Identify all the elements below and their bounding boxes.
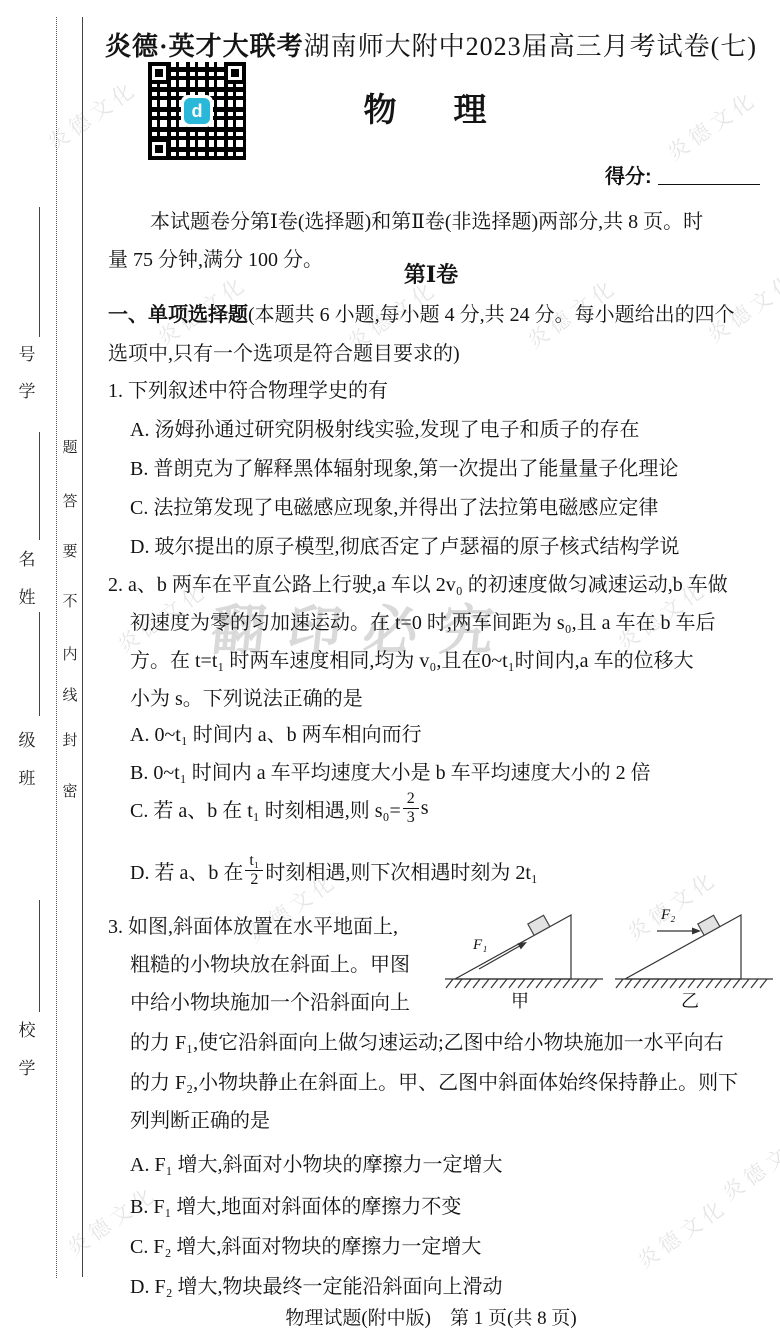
fraction-numerator: 2 <box>403 790 419 809</box>
school-blank <box>39 900 40 1012</box>
question-1-stem: 1. 下列叙述中符合物理学史的有 <box>108 374 388 403</box>
question-2-stem-line: 小为 s。下列说法正确的是 <box>130 682 363 711</box>
option-c-prefix: C. 若 a、b 在 t₁ 时刻相遇,则 s₀= <box>130 794 401 823</box>
question-3-stem-line: 的力 F₂,小物块静止在斜面上。甲、乙图中斜面体始终保持静止。则下 <box>130 1066 738 1095</box>
option-c-suffix: s <box>421 797 429 820</box>
question-2-option-b: B. 0~t₁ 时间内 a 车平均速度大小是 b 车平均速度大小的 2 倍 <box>130 756 651 785</box>
incline-figure-yi: F₂ 乙 <box>613 893 778 1015</box>
exam-title: 炎德·英才大联考湖南师大附中2023届高三月考试卷(七) <box>100 26 762 63</box>
question-3-option-d: D. F₂ 增大,物块最终一定能沿斜面向上滑动 <box>130 1270 503 1299</box>
fraction: 2 3 <box>403 790 419 826</box>
part-heading-label: 一、单项选择题 <box>108 304 248 326</box>
watermark: 炎德文化 <box>716 1123 780 1207</box>
fraction-numerator: t₁ <box>245 852 263 871</box>
student-id-blank <box>39 207 40 337</box>
exam-page: 炎德文化 炎德文化 炎德文化 炎德文化 炎德文化 炎德文化 炎德文化 炎德文化 … <box>0 0 780 1344</box>
question-1-option-b: B. 普朗克为了解释黑体辐射现象,第一次提出了能量量子化理论 <box>130 452 678 481</box>
seal-solid-line <box>82 17 83 1277</box>
class-blank <box>39 612 40 716</box>
question-3-stem-line: 列判断正确的是 <box>130 1104 270 1133</box>
seal-text-char: 不 <box>61 590 79 611</box>
score-blank <box>658 184 760 185</box>
intro-line: 本试题卷分第Ⅰ卷(选择题)和第Ⅱ卷(非选择题)两部分,共 8 页。时 <box>150 205 703 234</box>
qr-finder-icon <box>148 62 170 84</box>
question-2-stem-line: 方。在 t=t₁ 时两车速度相同,均为 v₀,且在0~t₁时间内,a 车的位移大 <box>130 644 694 673</box>
fraction-denominator: 2 <box>245 871 263 889</box>
qr-finder-icon <box>224 62 246 84</box>
figure-caption-yi: 乙 <box>681 991 699 1011</box>
question-3-figure: F₁ 甲 F₂ 乙 <box>443 893 778 1015</box>
seal-text-char: 内 <box>61 643 79 664</box>
fraction-denominator: 3 <box>403 809 419 827</box>
question-2-option-c: C. 若 a、b 在 t₁ 时刻相遇,则 s₀= 2 3 s <box>130 790 429 826</box>
watermark: 炎德文化 <box>631 1191 733 1275</box>
part-heading-desc2: 选项中,只有一个选项是符合题目要求的) <box>108 337 460 366</box>
question-3-stem-line: 中给小物块施加一个沿斜面向上 <box>130 986 410 1015</box>
page-footer: 物理试题(附中版) 第 1 页(共 8 页) <box>100 1303 762 1330</box>
question-2-option-d: D. 若 a、b 在 t₁ 2 时刻相遇,则下次相遇时刻为 2t₁ <box>130 852 538 888</box>
class-label-char: 级 <box>14 726 40 751</box>
seal-text-char: 密 <box>61 780 79 801</box>
seal-text-char: 线 <box>61 684 79 705</box>
question-3-stem-line: 的力 F₁,使它沿斜面向上做匀速运动;乙图中给小物块施加一水平向右 <box>130 1026 724 1055</box>
school-label-char: 学 <box>14 1054 40 1079</box>
student-name-label-char: 名 <box>14 545 40 570</box>
seal-text-char: 题 <box>61 436 79 457</box>
question-1-option-a: A. 汤姆孙通过研究阴极射线实验,发现了电子和质子的存在 <box>130 413 639 442</box>
school-label-char: 校 <box>14 1016 40 1041</box>
volume-heading: 第Ⅰ卷 <box>100 258 762 289</box>
question-1-option-d: D. 玻尔提出的原子模型,彻底否定了卢瑟福的原子核式结构学说 <box>130 530 679 559</box>
question-1-option-c: C. 法拉第发现了电磁感应现象,并得出了法拉第电磁感应定律 <box>130 491 658 520</box>
force-f1-label: F₁ <box>472 937 487 953</box>
incline-figure-jia: F₁ 甲 <box>443 893 608 1015</box>
part-heading-desc: (本题共 6 小题,每小题 4 分,共 24 分。每小题给出的四个 <box>248 304 735 326</box>
question-3-stem-line: 3. 如图,斜面体放置在水平地面上, <box>108 910 398 939</box>
option-d-prefix: D. 若 a、b 在 <box>130 856 243 885</box>
seal-text-char: 封 <box>61 729 79 750</box>
question-3-stem-line: 粗糙的小物块放在斜面上。甲图 <box>130 948 410 977</box>
option-d-suffix: 时刻相遇,则下次相遇时刻为 2t₁ <box>265 856 538 885</box>
question-2-stem-line: 2. a、b 两车在平直公路上行驶,a 车以 2v₀ 的初速度做匀减速运动,b … <box>108 568 728 597</box>
exam-title-rest: 湖南师大附中2023届高三月考试卷(七) <box>304 32 757 61</box>
subject-title: 物 理 <box>100 84 762 131</box>
question-2-option-a: A. 0~t₁ 时间内 a、b 两车相向而行 <box>130 718 422 747</box>
question-2-stem-line: 初速度为零的匀加速运动。在 t=0 时,两车间距为 s₀,且 a 车在 b 车后 <box>130 606 715 635</box>
question-3-option-c: C. F₂ 增大,斜面对物块的摩擦力一定增大 <box>130 1230 481 1259</box>
student-name-label-char: 姓 <box>14 583 40 608</box>
student-id-label-char: 号 <box>14 340 40 365</box>
figure-caption-jia: 甲 <box>511 991 529 1011</box>
qr-finder-icon <box>148 138 170 160</box>
exam-brand: 炎德·英才大联考 <box>105 32 304 61</box>
student-id-label-char: 学 <box>14 377 40 402</box>
seal-text-char: 答 <box>61 490 79 511</box>
fraction: t₁ 2 <box>245 852 263 888</box>
force-f2-label: F₂ <box>660 907 675 923</box>
question-3-option-b: B. F₁ 增大,地面对斜面体的摩擦力不变 <box>130 1190 461 1219</box>
class-label-char: 班 <box>14 764 40 789</box>
seal-text-char: 要 <box>61 540 79 561</box>
part-heading: 一、单项选择题(本题共 6 小题,每小题 4 分,共 24 分。每小题给出的四个 <box>108 298 735 327</box>
student-name-blank <box>39 432 40 540</box>
seal-dotted-line <box>56 17 57 1278</box>
score-label: 得分: <box>605 160 652 189</box>
question-3-option-a: A. F₁ 增大,斜面对小物块的摩擦力一定增大 <box>130 1148 503 1177</box>
